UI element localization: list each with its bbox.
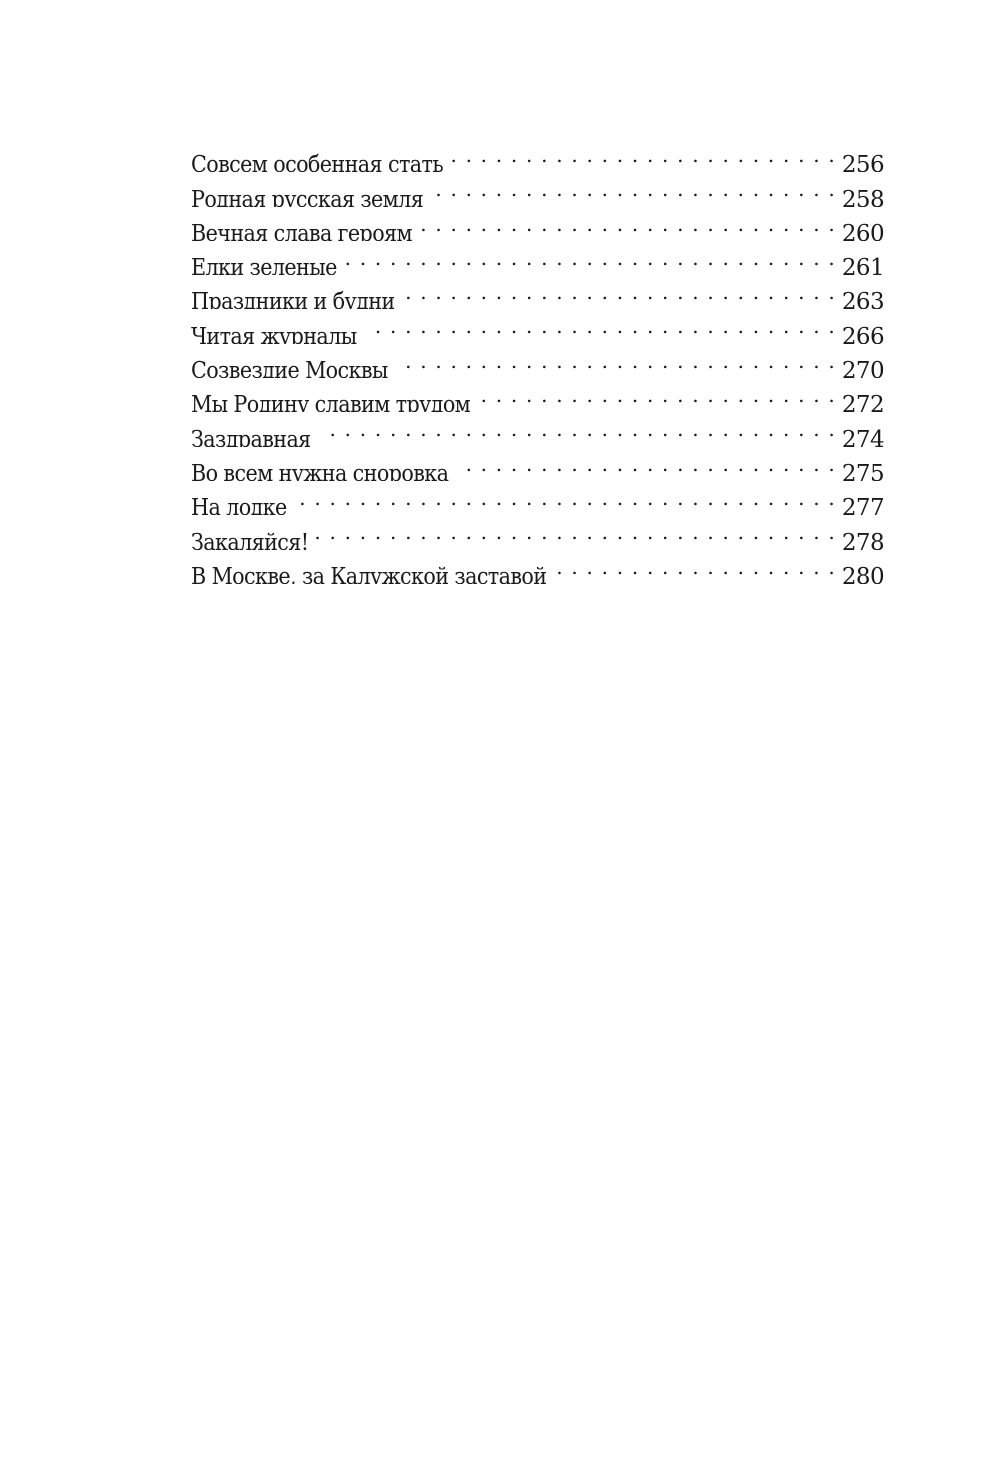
toc-entry: В Москве, за Калужской заставой 280 <box>191 550 884 584</box>
toc-entry-title: На лодке <box>191 491 295 515</box>
toc-entry-page: 274 <box>836 423 884 447</box>
toc-entry-page: 278 <box>836 526 884 550</box>
toc-entry-title: В Москве, за Калужской заставой <box>191 560 554 584</box>
toc-entry-title: Вечная слава героям <box>191 217 420 241</box>
toc-entry: Созвездие Москвы 270 <box>191 344 884 378</box>
dot-leader <box>451 138 836 172</box>
dot-leader <box>345 241 836 275</box>
toc-entry-title: Елки зеленые <box>191 251 345 275</box>
toc-entry: Вечная слава героям 260 <box>191 207 884 241</box>
dot-leader <box>396 344 836 378</box>
dot-leader <box>420 207 836 241</box>
toc-entry-page: 266 <box>836 320 884 344</box>
toc-entry-page: 263 <box>836 285 884 309</box>
dot-leader <box>554 550 835 584</box>
toc-entry-title: Мы Родину славим трудом <box>191 388 478 412</box>
toc-entry-page: 277 <box>836 491 884 515</box>
toc-entry: Читая журналы 266 <box>191 309 884 343</box>
toc-entry-title: Родная русская земля <box>191 183 431 207</box>
toc-entry-title: Совсем особенная стать <box>191 148 451 172</box>
toc-entry-title: Закаляйся! <box>191 526 316 550</box>
toc-entry-page: 280 <box>836 560 884 584</box>
toc-entry: Мы Родину славим трудом 272 <box>191 378 884 412</box>
toc-entry-page: 270 <box>836 354 884 378</box>
toc-entry: На лодке 277 <box>191 481 884 515</box>
toc-entry-page: 260 <box>836 217 884 241</box>
dot-leader <box>295 481 836 515</box>
toc-entry-title: Читая журналы <box>191 320 365 344</box>
toc-entry: Совсем особенная стать 256 <box>191 138 884 172</box>
toc-entry: Заздравная 274 <box>191 412 884 446</box>
toc-entry-page: 261 <box>836 251 884 275</box>
document-page: Совсем особенная стать 256 Родная русска… <box>0 0 1000 1457</box>
dot-leader <box>319 412 836 446</box>
dot-leader <box>365 309 836 343</box>
toc-entry: Родная русская земля 258 <box>191 172 884 206</box>
toc-entry-page: 272 <box>836 388 884 412</box>
dot-leader <box>403 275 836 309</box>
dot-leader <box>316 515 835 549</box>
toc-entry-title: Заздравная <box>191 423 319 447</box>
toc-entry-title: Созвездие Москвы <box>191 354 396 378</box>
dot-leader <box>478 378 836 412</box>
toc-entry: Праздники и будни 263 <box>191 275 884 309</box>
toc-entry-page: 258 <box>836 183 884 207</box>
toc-entry: Во всем нужна сноровка 275 <box>191 447 884 481</box>
toc-entry: Елки зеленые 261 <box>191 241 884 275</box>
dot-leader <box>431 172 836 206</box>
toc-entry-title: Во всем нужна сноровка <box>191 457 456 481</box>
toc-entry-title: Праздники и будни <box>191 285 403 309</box>
toc-entry-page: 256 <box>836 148 884 172</box>
toc-entry: Закаляйся! 278 <box>191 515 884 549</box>
dot-leader <box>456 447 836 481</box>
table-of-contents: Совсем особенная стать 256 Родная русска… <box>191 138 884 584</box>
toc-entry-page: 275 <box>836 457 884 481</box>
